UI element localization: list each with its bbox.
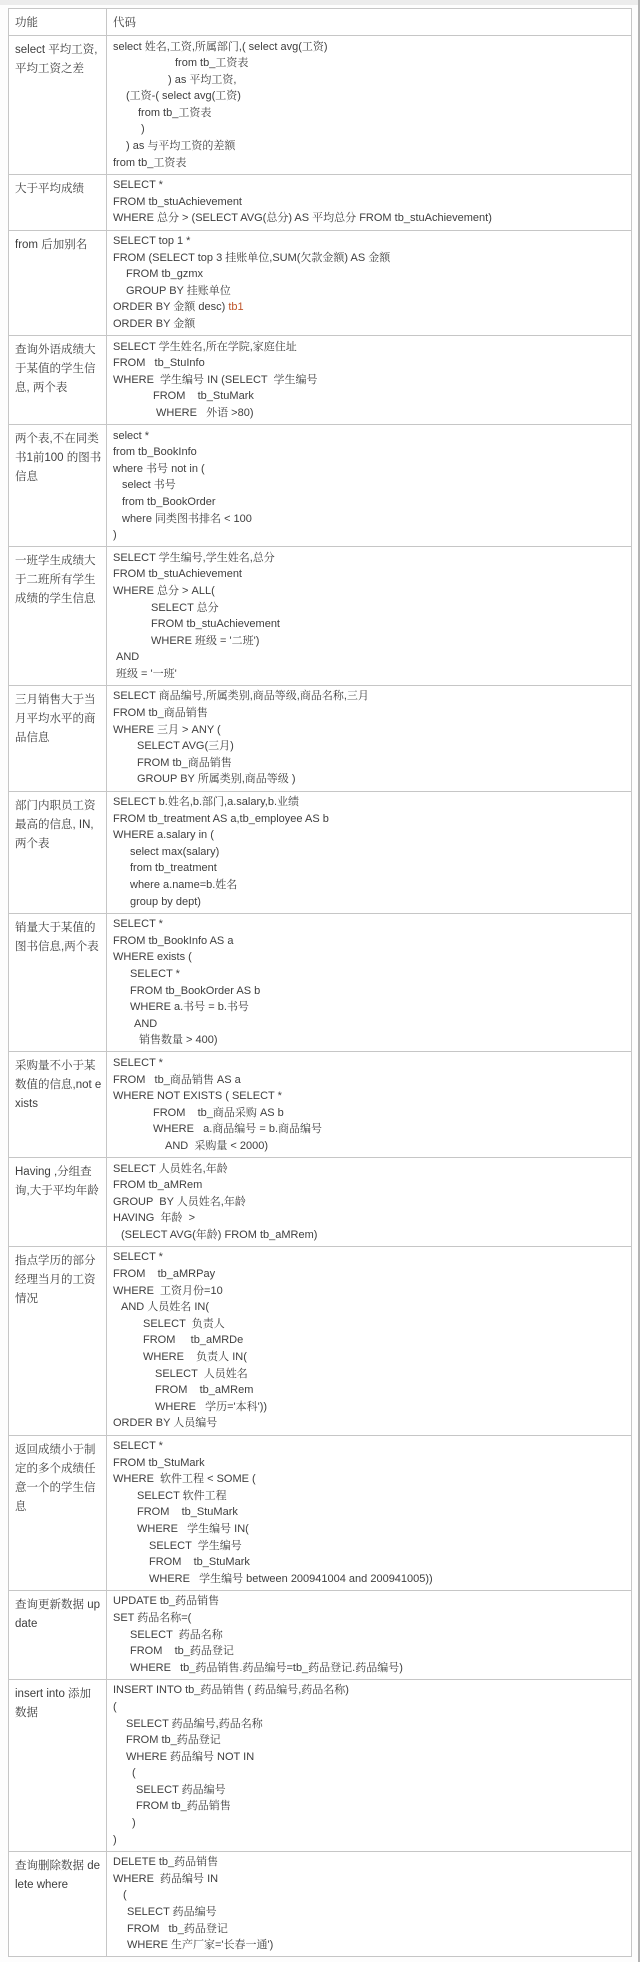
table-row: from 后加别名SELECT top 1 *FROM (SELECT top … bbox=[9, 230, 632, 336]
code-line: ) as 与平均工资的差额 bbox=[113, 138, 625, 155]
code-line: ORDER BY 金额 desc) tb1 bbox=[113, 299, 625, 316]
code-line: ) bbox=[113, 527, 625, 544]
function-cell: 销量大于某值的图书信息,两个表 bbox=[9, 913, 107, 1052]
code-cell: SELECT *FROM tb_StuMarkWHERE 软件工程 < SOME… bbox=[107, 1435, 632, 1590]
function-cell: select 平均工资,平均工资之差 bbox=[9, 36, 107, 175]
code-line: WHERE 外语 >80) bbox=[113, 405, 625, 422]
function-cell: 一班学生成绩大于二班所有学生成绩的学生信息 bbox=[9, 547, 107, 686]
code-line: FROM tb_BookInfo AS a bbox=[113, 933, 625, 950]
code-line: FROM tb_药品登记 bbox=[113, 1643, 625, 1660]
code-line: FROM tb_StuMark bbox=[113, 1554, 625, 1571]
table-row: select 平均工资,平均工资之差select 姓名,工资,所属部门,( se… bbox=[9, 36, 632, 175]
table-row: 一班学生成绩大于二班所有学生成绩的学生信息SELECT 学生编号,学生姓名,总分… bbox=[9, 547, 632, 686]
code-line: SELECT 学生编号 bbox=[113, 1538, 625, 1555]
code-line: WHERE NOT EXISTS ( SELECT * bbox=[113, 1088, 625, 1105]
code-line: (SELECT AVG(年龄) FROM tb_aMRem) bbox=[113, 1227, 625, 1244]
function-cell: 查询删除数据 delete where bbox=[9, 1851, 107, 1957]
code-line: FROM tb_商品采购 AS b bbox=[113, 1105, 625, 1122]
table-row: 大于平均成绩SELECT *FROM tb_stuAchievementWHER… bbox=[9, 174, 632, 230]
code-line: AND 采购量 < 2000) bbox=[113, 1138, 625, 1155]
function-cell: 三月销售大于当月平均水平的商品信息 bbox=[9, 685, 107, 791]
code-line: FROM tb_aMRPay bbox=[113, 1266, 625, 1283]
code-cell: DELETE tb_药品销售WHERE 药品编号 IN(SELECT 药品编号F… bbox=[107, 1851, 632, 1957]
code-line: ( bbox=[113, 1765, 625, 1782]
code-line: FROM tb_StuInfo bbox=[113, 355, 625, 372]
code-line: FROM tb_BookOrder AS b bbox=[113, 983, 625, 1000]
code-line: AND 人员姓名 IN( bbox=[113, 1299, 625, 1316]
code-line: AND bbox=[113, 649, 625, 666]
code-line: ) as 平均工资, bbox=[113, 72, 625, 89]
table-row: 返回成绩小于制定的多个成绩任意一个的学生信息SELECT *FROM tb_St… bbox=[9, 1435, 632, 1590]
code-line: FROM tb_aMRem bbox=[113, 1382, 625, 1399]
code-line: WHERE 学历='本科')) bbox=[113, 1399, 625, 1416]
code-line: FROM tb_aMRDe bbox=[113, 1332, 625, 1349]
header-row: 功能 代码 bbox=[9, 9, 632, 36]
code-line: WHERE 药品编号 NOT IN bbox=[113, 1749, 625, 1766]
code-line: WHERE a.salary in ( bbox=[113, 827, 625, 844]
code-cell: SELECT b.姓名,b.部门,a.salary,b.业绩FROM tb_tr… bbox=[107, 791, 632, 913]
code-line: WHERE 学生编号 between 200941004 and 2009410… bbox=[113, 1571, 625, 1588]
code-line: GROUP BY 所属类别,商品等级 ) bbox=[113, 771, 625, 788]
code-cell: UPDATE tb_药品销售SET 药品名称=(SELECT 药品名称FROM … bbox=[107, 1590, 632, 1679]
code-line: INSERT INTO tb_药品销售 ( 药品编号,药品名称) bbox=[113, 1682, 625, 1699]
code-line: GROUP BY 人员姓名,年龄 bbox=[113, 1194, 625, 1211]
table-row: insert into 添加数据INSERT INTO tb_药品销售 ( 药品… bbox=[9, 1679, 632, 1851]
code-line: WHERE 药品编号 IN bbox=[113, 1871, 625, 1888]
code-cell: select *from tb_BookInfowhere 书号 not in … bbox=[107, 425, 632, 547]
code-line: (工资-( select avg(工资) bbox=[113, 88, 625, 105]
code-line: WHERE 学生编号 IN (SELECT 学生编号 bbox=[113, 372, 625, 389]
code-line: SELECT 药品名称 bbox=[113, 1627, 625, 1644]
code-cell: INSERT INTO tb_药品销售 ( 药品编号,药品名称)(SELECT … bbox=[107, 1679, 632, 1851]
table-row: 销量大于某值的图书信息,两个表SELECT *FROM tb_BookInfo … bbox=[9, 913, 632, 1052]
table-row: 查询删除数据 delete whereDELETE tb_药品销售WHERE 药… bbox=[9, 1851, 632, 1957]
code-line: FROM tb_药品登记 bbox=[113, 1921, 625, 1938]
code-line: 销售数量 > 400) bbox=[113, 1032, 625, 1049]
code-cell: SELECT *FROM tb_商品销售 AS aWHERE NOT EXIST… bbox=[107, 1052, 632, 1158]
code-line: FROM tb_treatment AS a,tb_employee AS b bbox=[113, 811, 625, 828]
code-line: WHERE a.商品编号 = b.商品编号 bbox=[113, 1121, 625, 1138]
code-line: HAVING 年龄 > bbox=[113, 1210, 625, 1227]
code-line: SELECT * bbox=[113, 1055, 625, 1072]
code-line: DELETE tb_药品销售 bbox=[113, 1854, 625, 1871]
function-cell: 两个表,不在同类书1前100 的图书信息 bbox=[9, 425, 107, 547]
code-line: select 书号 bbox=[113, 477, 625, 494]
code-line: GROUP BY 挂账单位 bbox=[113, 283, 625, 300]
code-line: where 书号 not in ( bbox=[113, 461, 625, 478]
code-line: where a.name=b.姓名 bbox=[113, 877, 625, 894]
alias-highlight: tb1 bbox=[228, 301, 243, 313]
code-line: from tb_BookInfo bbox=[113, 444, 625, 461]
code-line: SELECT * bbox=[113, 177, 625, 194]
code-line: FROM tb_商品销售 AS a bbox=[113, 1072, 625, 1089]
code-cell: SELECT 商品编号,所属类别,商品等级,商品名称,三月FROM tb_商品销… bbox=[107, 685, 632, 791]
code-line: SELECT AVG(三月) bbox=[113, 738, 625, 755]
function-cell: 采购量不小于某数值的信息,not exists bbox=[9, 1052, 107, 1158]
code-line: SELECT * bbox=[113, 916, 625, 933]
page: 功能 代码 select 平均工资,平均工资之差select 姓名,工资,所属部… bbox=[0, 0, 640, 1962]
function-cell: 查询更新数据 update bbox=[9, 1590, 107, 1679]
sql-cheatsheet-table: 功能 代码 select 平均工资,平均工资之差select 姓名,工资,所属部… bbox=[8, 8, 632, 1957]
table-row: 指点学历的部分经理当月的工资情况SELECT *FROM tb_aMRPayWH… bbox=[9, 1246, 632, 1435]
page-top-band bbox=[0, 0, 640, 5]
code-line: WHERE 软件工程 < SOME ( bbox=[113, 1471, 625, 1488]
code-line: ORDER BY 金额 bbox=[113, 316, 625, 333]
function-cell: 大于平均成绩 bbox=[9, 174, 107, 230]
code-line: UPDATE tb_药品销售 bbox=[113, 1593, 625, 1610]
code-line: SELECT 人员姓名,年龄 bbox=[113, 1161, 625, 1178]
code-cell: SELECT top 1 *FROM (SELECT top 3 挂账单位,SU… bbox=[107, 230, 632, 336]
code-line: WHERE 工资月份=10 bbox=[113, 1283, 625, 1300]
table-row: 部门内职员工资最高的信息, IN,两个表SELECT b.姓名,b.部门,a.s… bbox=[9, 791, 632, 913]
code-line: SELECT * bbox=[113, 1249, 625, 1266]
table-row: 采购量不小于某数值的信息,not existsSELECT *FROM tb_商… bbox=[9, 1052, 632, 1158]
code-line: SELECT 药品编号 bbox=[113, 1904, 625, 1921]
code-line: SELECT 人员姓名 bbox=[113, 1366, 625, 1383]
code-line: SELECT 负责人 bbox=[113, 1316, 625, 1333]
code-line: WHERE exists ( bbox=[113, 949, 625, 966]
code-line: ) bbox=[113, 1815, 625, 1832]
code-line: where 同类图书排名 < 100 bbox=[113, 511, 625, 528]
code-line: AND bbox=[113, 1016, 625, 1033]
code-line: FROM tb_gzmx bbox=[113, 266, 625, 283]
code-line: select 姓名,工资,所属部门,( select avg(工资) bbox=[113, 39, 625, 56]
code-line: FROM tb_stuAchievement bbox=[113, 616, 625, 633]
function-cell: insert into 添加数据 bbox=[9, 1679, 107, 1851]
code-line: FROM (SELECT top 3 挂账单位,SUM(欠款金额) AS 金额 bbox=[113, 250, 625, 267]
table-row: 三月销售大于当月平均水平的商品信息SELECT 商品编号,所属类别,商品等级,商… bbox=[9, 685, 632, 791]
code-line: SET 药品名称=( bbox=[113, 1610, 625, 1627]
code-line: SELECT * bbox=[113, 1438, 625, 1455]
function-cell: from 后加别名 bbox=[9, 230, 107, 336]
code-line: select * bbox=[113, 428, 625, 445]
code-line: SELECT * bbox=[113, 966, 625, 983]
table-body: select 平均工资,平均工资之差select 姓名,工资,所属部门,( se… bbox=[9, 36, 632, 1957]
code-line: WHERE 负责人 IN( bbox=[113, 1349, 625, 1366]
code-line: WHERE 总分 > ALL( bbox=[113, 583, 625, 600]
code-line: SELECT 商品编号,所属类别,商品等级,商品名称,三月 bbox=[113, 688, 625, 705]
table-row: 查询更新数据 updateUPDATE tb_药品销售SET 药品名称=(SEL… bbox=[9, 1590, 632, 1679]
code-line: FROM tb_StuMark bbox=[113, 1455, 625, 1472]
code-line: ( bbox=[113, 1887, 625, 1904]
code-line: ) bbox=[113, 121, 625, 138]
code-line: WHERE a.书号 = b.书号 bbox=[113, 999, 625, 1016]
code-line: SELECT 学生姓名,所在学院,家庭住址 bbox=[113, 339, 625, 356]
code-cell: SELECT 学生姓名,所在学院,家庭住址FROM tb_StuInfoWHER… bbox=[107, 336, 632, 425]
code-line: FROM tb_StuMark bbox=[113, 388, 625, 405]
code-cell: SELECT 人员姓名,年龄FROM tb_aMRemGROUP BY 人员姓名… bbox=[107, 1158, 632, 1247]
code-cell: SELECT *FROM tb_stuAchievementWHERE 总分 >… bbox=[107, 174, 632, 230]
code-line: SELECT 药品编号 bbox=[113, 1782, 625, 1799]
function-cell: Having ,分组查询,大于平均年龄 bbox=[9, 1158, 107, 1247]
table-row: 查询外语成绩大于某值的学生信息, 两个表SELECT 学生姓名,所在学院,家庭住… bbox=[9, 336, 632, 425]
code-line: SELECT 学生编号,学生姓名,总分 bbox=[113, 550, 625, 567]
code-line: SELECT b.姓名,b.部门,a.salary,b.业绩 bbox=[113, 794, 625, 811]
code-line: FROM tb_stuAchievement bbox=[113, 566, 625, 583]
table-row: 两个表,不在同类书1前100 的图书信息select *from tb_Book… bbox=[9, 425, 632, 547]
code-line: group by dept) bbox=[113, 894, 625, 911]
code-line: from tb_工资表 bbox=[113, 55, 625, 72]
code-line: FROM tb_aMRem bbox=[113, 1177, 625, 1194]
code-line: from tb_工资表 bbox=[113, 105, 625, 122]
code-line: WHERE 生产厂家='长春一通') bbox=[113, 1937, 625, 1954]
code-cell: SELECT *FROM tb_aMRPayWHERE 工资月份=10AND 人… bbox=[107, 1246, 632, 1435]
code-line: from tb_工资表 bbox=[113, 155, 625, 172]
code-line: ( bbox=[113, 1699, 625, 1716]
code-cell: SELECT 学生编号,学生姓名,总分FROM tb_stuAchievemen… bbox=[107, 547, 632, 686]
code-line: FROM tb_商品销售 bbox=[113, 755, 625, 772]
code-line: SELECT 软件工程 bbox=[113, 1488, 625, 1505]
code-line: ) bbox=[113, 1832, 625, 1849]
code-line: from tb_BookOrder bbox=[113, 494, 625, 511]
code-line: from tb_treatment bbox=[113, 860, 625, 877]
function-cell: 查询外语成绩大于某值的学生信息, 两个表 bbox=[9, 336, 107, 425]
code-cell: select 姓名,工资,所属部门,( select avg(工资)from t… bbox=[107, 36, 632, 175]
code-line: WHERE tb_药品销售.药品编号=tb_药品登记.药品编号) bbox=[113, 1660, 625, 1677]
code-line: ORDER BY 人员编号 bbox=[113, 1415, 625, 1432]
code-cell: SELECT *FROM tb_BookInfo AS aWHERE exist… bbox=[107, 913, 632, 1052]
code-line: WHERE 总分 > (SELECT AVG(总分) AS 平均总分 FROM … bbox=[113, 210, 625, 227]
code-line: FROM tb_StuMark bbox=[113, 1504, 625, 1521]
code-line: WHERE 班级 = '二班') bbox=[113, 633, 625, 650]
code-line: select max(salary) bbox=[113, 844, 625, 861]
column-header-code: 代码 bbox=[107, 9, 632, 36]
code-line: SELECT 药品编号,药品名称 bbox=[113, 1716, 625, 1733]
code-line: SELECT top 1 * bbox=[113, 233, 625, 250]
function-cell: 返回成绩小于制定的多个成绩任意一个的学生信息 bbox=[9, 1435, 107, 1590]
table-row: Having ,分组查询,大于平均年龄SELECT 人员姓名,年龄FROM tb… bbox=[9, 1158, 632, 1247]
code-line: FROM tb_药品销售 bbox=[113, 1798, 625, 1815]
code-line: SELECT 总分 bbox=[113, 600, 625, 617]
code-line: FROM tb_药品登记 bbox=[113, 1732, 625, 1749]
function-cell: 部门内职员工资最高的信息, IN,两个表 bbox=[9, 791, 107, 913]
code-line: WHERE 三月 > ANY ( bbox=[113, 722, 625, 739]
code-line: WHERE 学生编号 IN( bbox=[113, 1521, 625, 1538]
code-line: 班级 = '一班' bbox=[113, 666, 625, 683]
column-header-function: 功能 bbox=[9, 9, 107, 36]
code-line: FROM tb_商品销售 bbox=[113, 705, 625, 722]
function-cell: 指点学历的部分经理当月的工资情况 bbox=[9, 1246, 107, 1435]
code-line: FROM tb_stuAchievement bbox=[113, 194, 625, 211]
